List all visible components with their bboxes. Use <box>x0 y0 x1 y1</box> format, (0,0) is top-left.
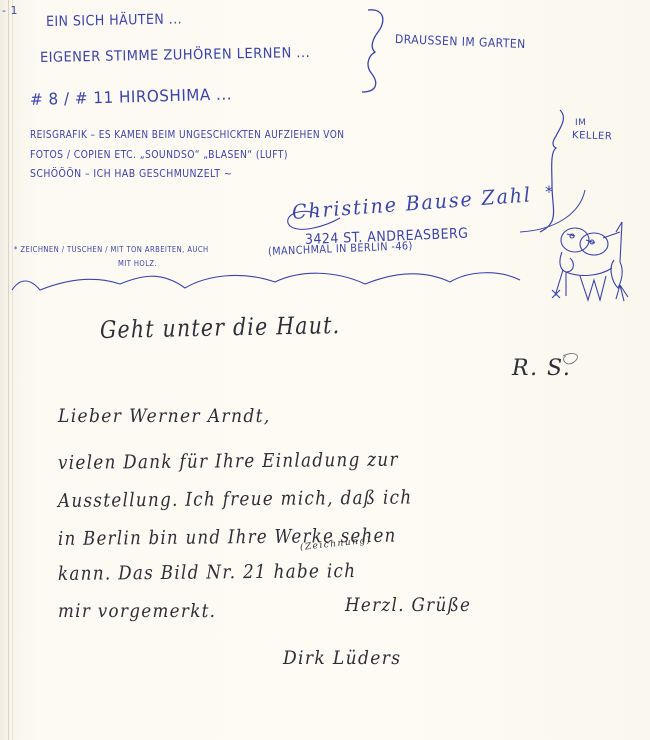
entry-3-closing: Herzl. Grüße <box>345 594 471 616</box>
page-binding-line-inner <box>12 0 13 740</box>
entry-1-footnote-line-1: * Zeichnen / Tuschen / mit Ton arbeiten,… <box>14 245 209 254</box>
entry-1-description-line-3: Schööön – ich hab geschmunzelt ~ <box>30 167 232 180</box>
guestbook-page: - 1 Ein sich häuten ... Eigener Stimme z… <box>0 0 650 740</box>
entry-1-description-line-2: Fotos / Copien etc. „Soundso“ „Blasen“ (… <box>30 148 288 161</box>
entry-3-signature: Dirk Lüders <box>283 647 401 669</box>
wavy-divider <box>12 273 520 290</box>
entry-1-line-2: Eigener Stimme zuhören lernen ... <box>40 45 310 66</box>
entry-3-line-5: mir vorgemerkt. <box>58 600 216 622</box>
entry-1-brace-note: Draußen im Garten <box>395 32 526 51</box>
entry-1-brace-note-2: Keller <box>572 130 613 142</box>
entry-1-line-3: # 8 / # 11 Hiroshima ... <box>30 84 232 109</box>
page-number-mark: - 1 <box>2 4 18 17</box>
entry-2-text: Geht unter die Haut. <box>100 311 341 344</box>
entry-3-line-4: kann. Das Bild Nr. 21 habe ich <box>58 560 356 585</box>
entry-3-line-2: Ausstellung. Ich freue mich, daß ich <box>58 486 413 512</box>
page-binding-line <box>8 0 9 740</box>
entry-1-footnote-line-2: mit Holz. <box>118 259 157 268</box>
entry-1-description-line-1: Reisgrafik – es kamen beim ungeschickten… <box>30 128 344 141</box>
entry-1-address-note: (manchmal in Berlin -46) <box>268 239 413 258</box>
entry-3-line-1: vielen Dank für Ihre Einladung zur <box>58 449 399 474</box>
entry-1-brace-note-2-small: im <box>575 118 586 128</box>
entry-2-signature: R. S. <box>512 356 571 381</box>
entry-1-line-1: Ein sich häuten ... <box>46 11 182 30</box>
curly-brace-icon <box>362 10 383 92</box>
animal-doodle-icon <box>552 222 628 301</box>
entry-1-signature: Christine Bause Zahl <box>291 182 532 224</box>
entry-3-salutation: Lieber Werner Arndt, <box>58 405 271 427</box>
curly-brace-icon <box>540 110 563 232</box>
entry-1-signature-star: * <box>545 182 554 201</box>
